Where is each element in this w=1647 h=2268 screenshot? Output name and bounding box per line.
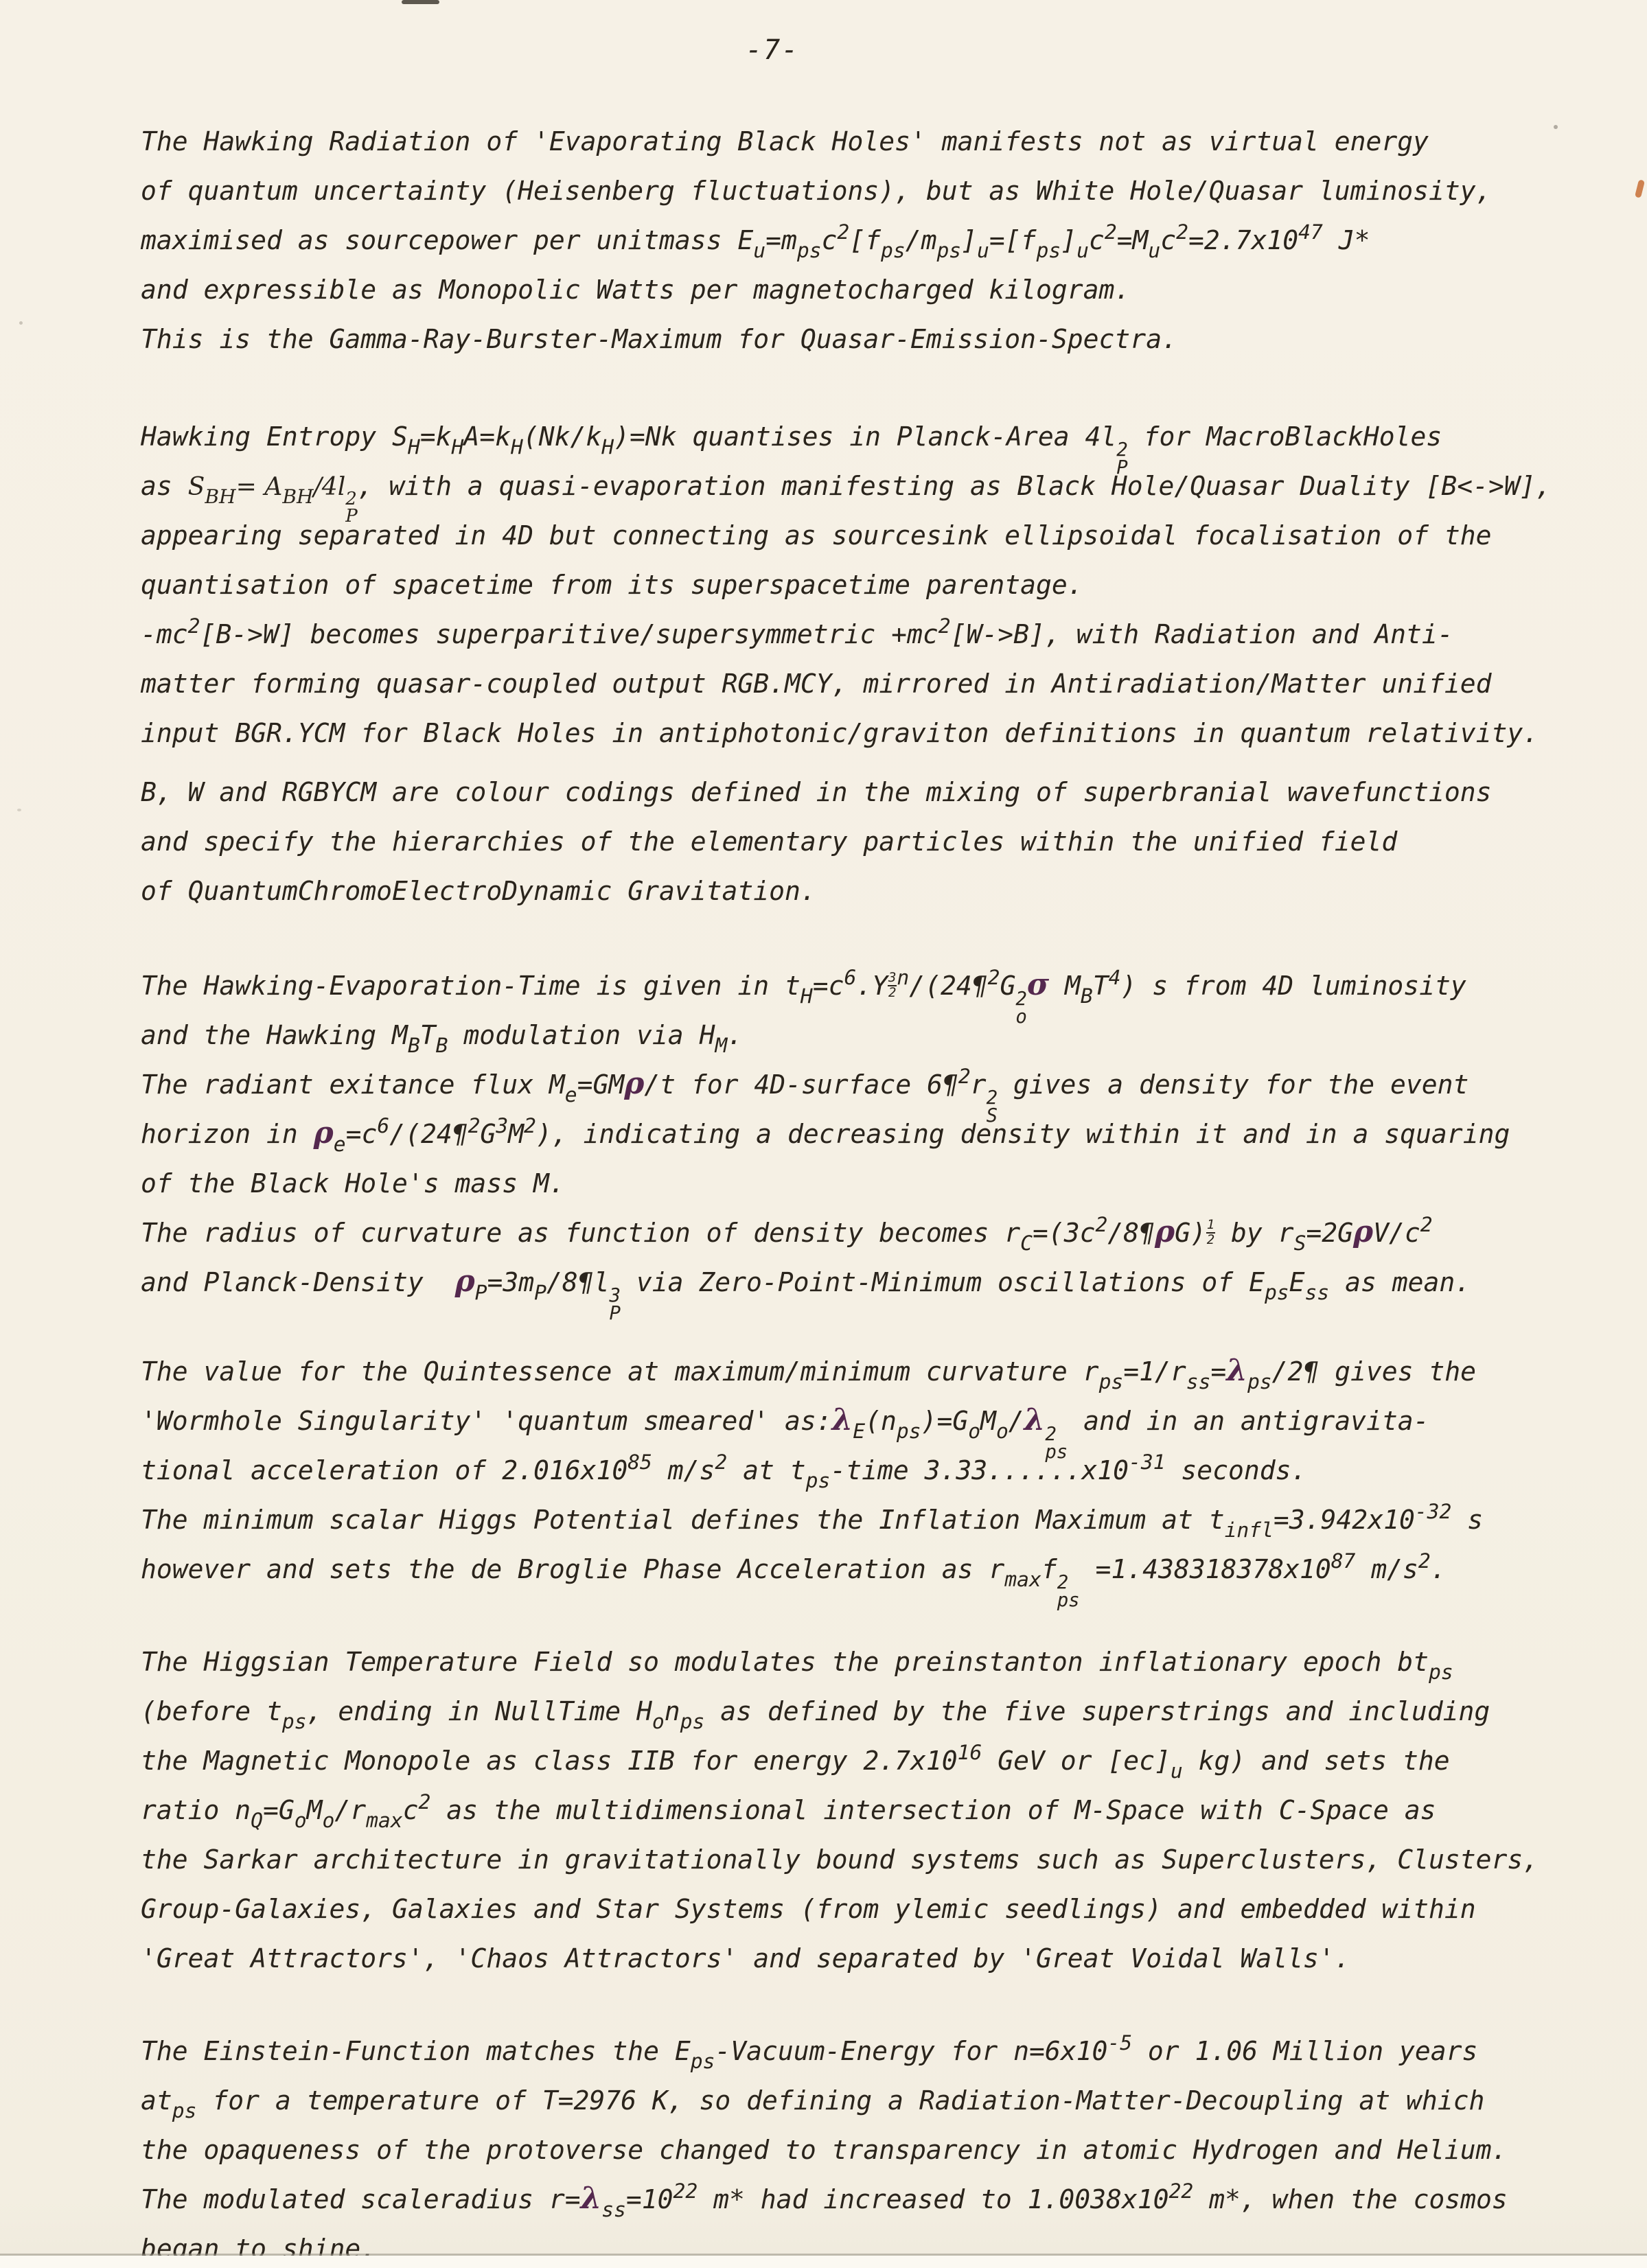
scan-smudge-top — [402, 0, 439, 4]
text-line: the opaqueness of the protoverse changed… — [141, 2125, 1508, 2175]
text-line: the Sarkar architecture in gravitational… — [141, 1835, 1539, 1884]
text-line: (before tps, ending in NullTime Honps as… — [141, 1687, 1539, 1736]
handwritten-symbol: ρ — [624, 1066, 644, 1101]
text-line: ratio nQ=GoMo/rmaxc2 as the multidimensi… — [141, 1785, 1539, 1835]
text-line: Group-Galaxies, Galaxies and Star System… — [141, 1884, 1539, 1934]
text-line: and the Hawking MBTB modulation via HM. — [141, 1010, 1510, 1060]
paragraph: The Higgsian Temperature Field so modula… — [141, 1637, 1539, 1983]
text-line: appearing separated in 4D but connecting… — [141, 511, 1551, 560]
handwritten-symbol: ρ — [314, 1115, 334, 1150]
paragraph: Hawking Entropy SH=kHA=kH(Nk/kH)=Nk quan… — [141, 412, 1551, 758]
paragraph: The value for the Quintessence at maximu… — [141, 1347, 1483, 1594]
text-line: 'Wormhole Singularity' 'quantum smeared'… — [141, 1396, 1483, 1446]
text-line: The Hawking Radiation of 'Evaporating Bl… — [141, 117, 1492, 166]
paragraph: The Hawking-Evaporation-Time is given in… — [141, 961, 1510, 1307]
text-line: the Magnetic Monopole as class IIB for e… — [141, 1736, 1539, 1785]
text-line: -mc2[B->W] becomes superparitive/supersy… — [141, 610, 1551, 659]
text-line: This is the Gamma-Ray-Burster-Maximum fo… — [141, 314, 1492, 364]
text-line: Hawking Entropy SH=kHA=kH(Nk/kH)=Nk quan… — [141, 412, 1551, 461]
page-number: -7- — [746, 34, 799, 66]
text-line: tional acceleration of 2.016x1085 m/s2 a… — [141, 1446, 1483, 1495]
text-line: input BGR.YCM for Black Holes in antipho… — [141, 708, 1551, 758]
scan-speck — [17, 809, 21, 811]
scan-speck — [19, 321, 23, 325]
text-line: and specify the hierarchies of the eleme… — [141, 817, 1492, 866]
text-line: as SBH= ABH/4l2P, with a quasi-evaporati… — [141, 461, 1551, 511]
text-line: however and sets the de Broglie Phase Ac… — [141, 1544, 1483, 1594]
text-line: 'Great Attractors', 'Chaos Attractors' a… — [141, 1934, 1539, 1983]
paragraph: B, W and RGBYCM are colour codings defin… — [141, 767, 1492, 916]
text-line: horizon in ρe=c6/(24¶2G3M2), indicating … — [141, 1109, 1510, 1159]
text-line: B, W and RGBYCM are colour codings defin… — [141, 767, 1492, 817]
page-bottom-strip — [0, 2256, 1647, 2268]
text-line: of quantum uncertainty (Heisenberg fluct… — [141, 166, 1492, 216]
text-line: of the Black Hole's mass M. — [141, 1159, 1510, 1208]
text-line: quantisation of spacetime from its super… — [141, 560, 1551, 610]
handwritten-symbol: λ — [832, 1402, 853, 1437]
text-line: The radius of curvature as function of d… — [141, 1208, 1510, 1258]
handwritten-symbol: ρ — [1353, 1214, 1373, 1249]
handwritten-symbol: λ — [1226, 1353, 1247, 1388]
text-line: maximised as sourcepower per unitmass Eu… — [141, 216, 1492, 265]
handwritten-symbol: σ — [1027, 967, 1049, 1002]
serif-insertion: SBH= ABH/4l2P — [188, 472, 358, 501]
scanned-page: -7- The Hawking Radiation of 'Evaporatin… — [0, 0, 1647, 2268]
scan-speck — [1554, 125, 1558, 129]
text-line: The modulated scaleradius r=λss=1022 m* … — [141, 2175, 1508, 2224]
text-line: The minimum scalar Higgs Potential defin… — [141, 1495, 1483, 1544]
handwritten-symbol: λ — [581, 2181, 602, 2216]
paragraph: The Hawking Radiation of 'Evaporating Bl… — [141, 117, 1492, 364]
text-line: The value for the Quintessence at maximu… — [141, 1347, 1483, 1396]
text-line: and expressible as Monopolic Watts per m… — [141, 265, 1492, 314]
handwritten-symbol: ρ — [455, 1264, 475, 1299]
text-line: The radiant exitance flux Me=GMρ/t for 4… — [141, 1060, 1510, 1109]
text-line: The Einstein-Function matches the Eps-Va… — [141, 2026, 1508, 2076]
text-line: The Hawking-Evaporation-Time is given in… — [141, 961, 1510, 1010]
handwritten-symbol: ρ — [1155, 1214, 1175, 1249]
text-line: The Higgsian Temperature Field so modula… — [141, 1637, 1539, 1687]
text-line: and Planck-Density ρP=3mP/8¶l3P via Zero… — [141, 1258, 1510, 1307]
handwritten-symbol: λ — [1024, 1402, 1046, 1437]
text-line: atps for a temperature of T=2976 K, so d… — [141, 2076, 1508, 2125]
text-line: of QuantumChromoElectroDynamic Gravitati… — [141, 866, 1492, 916]
scan-fleck-orange — [1635, 179, 1645, 198]
text-line: matter forming quasar-coupled output RGB… — [141, 659, 1551, 708]
paragraph: The Einstein-Function matches the Eps-Va… — [141, 2026, 1508, 2268]
